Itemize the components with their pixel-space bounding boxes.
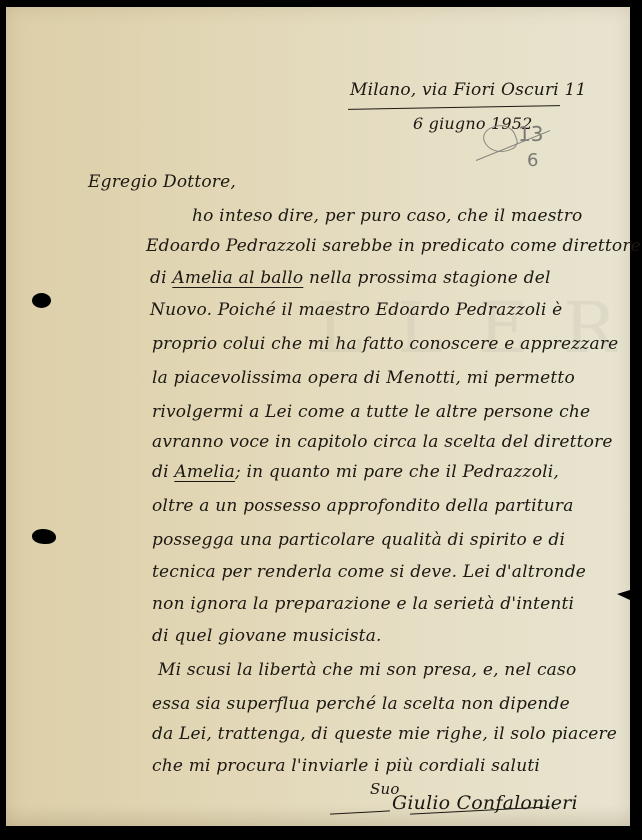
body-text: nella prossima stagione del	[309, 268, 551, 288]
body-line: Mi scusi la libertà che mi son presa, e,…	[158, 660, 576, 680]
body-line: di Amelia; in quanto mi pare che il Pedr…	[152, 462, 559, 482]
body-text: di	[152, 462, 169, 482]
body-line: essa sia superflua perché la scelta non …	[152, 694, 570, 714]
body-line: avranno voce in capitolo circa la scelta…	[152, 432, 613, 452]
body-line: la piacevolissima opera di Menotti, mi p…	[152, 368, 575, 388]
body-line: ho inteso dire, per puro caso, che il ma…	[192, 206, 582, 226]
body-line: non ignora la preparazione e la serietà …	[152, 594, 574, 614]
letter-place: Milano, via Fiori Oscuri 11	[350, 80, 587, 100]
punch-hole-top	[32, 293, 51, 308]
body-line: che mi procura l'inviarle i più cordiali…	[152, 756, 540, 776]
letter-date: 6 giugno 1952	[413, 114, 533, 133]
salutation: Egregio Dottore,	[88, 172, 236, 192]
body-line: proprio colui che mi ha fatto conoscere …	[152, 334, 618, 354]
opera-title-underlined: Amelia al ballo	[172, 268, 303, 288]
opera-title-underlined: Amelia	[174, 462, 235, 482]
punch-hole-bottom	[32, 529, 56, 544]
body-line: da Lei, trattenga, di queste mie righe, …	[152, 724, 617, 744]
archive-number-bottom: 6	[527, 150, 538, 171]
body-line: tecnica per renderla come si deve. Lei d…	[152, 562, 586, 582]
paper-tear-notch	[617, 590, 630, 600]
body-line: possegga una particolare qualità di spir…	[152, 530, 565, 550]
body-line: di quel giovane musicista.	[152, 626, 382, 646]
body-line: Edoardo Pedrazzoli sarebbe in predicato …	[146, 236, 641, 256]
body-line: Nuovo. Poiché il maestro Edoardo Pedrazz…	[150, 300, 562, 320]
body-line: oltre a un possesso approfondito della p…	[152, 496, 574, 516]
body-text: di	[150, 268, 167, 288]
body-line: rivolgermi a Lei come a tutte le altre p…	[152, 402, 590, 422]
body-line: di Amelia al ballo nella prossima stagio…	[150, 268, 551, 288]
body-text: ; in quanto mi pare che il Pedrazzoli,	[235, 462, 559, 482]
